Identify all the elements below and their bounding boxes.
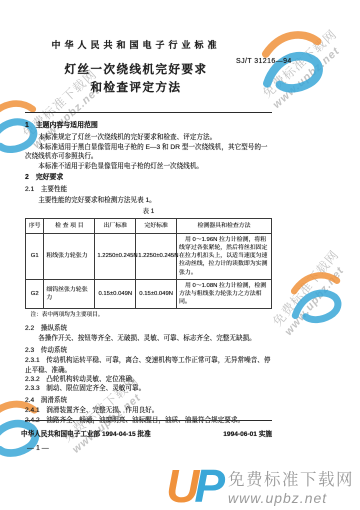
footer-divider <box>25 420 272 421</box>
header-divider <box>25 112 272 113</box>
watermark-text: 免费标准下载网 www.upbz.net <box>258 25 349 111</box>
up-logo-icon: UP <box>166 466 220 506</box>
table-caption: 表 1 <box>25 207 272 216</box>
scanned-standard-page: 免费标准下载网 www.upbz.net 免费标准下载网 www.upbz.ne… <box>0 0 360 510</box>
watermark-site-name: 免费标准下载网 <box>268 246 343 330</box>
site-logo-text: 免费标准下载网 www.upbz.net <box>228 466 354 506</box>
logo-letter-p: P <box>194 460 220 510</box>
cell-method: 用 0～1.08N 拉力计检测，检测方法与粗线张力轮张力之方法相同。 <box>177 279 272 309</box>
watermark-text: 免费标准下载网 www.upbz.net <box>268 246 353 338</box>
section-heading-2-3: 2.3 传动系统 <box>25 346 272 355</box>
cell-item: 粗线张力轮张力 <box>44 233 95 279</box>
cell-factory-std: 0.15±0.049N <box>95 279 136 309</box>
footer-row: 中华人民共和国电子工业部 1994-04-15 批准 1994-06-01 实施 <box>21 428 272 438</box>
col-header-intact-std: 完好标准 <box>136 218 177 233</box>
paragraph: 各操作开关、按钮等齐全、无破损、灵敏、可靠、标志齐全、完整无缺损。 <box>25 334 272 343</box>
cell-seq: G2 <box>26 279 44 309</box>
cell-method: 用 0～1.96N 拉力计检测，将粗线穿过各张紧轮，然后将丝扣固定在拉力机扣头上… <box>177 233 272 279</box>
watermark-site-url: www.upbz.net <box>271 39 349 111</box>
col-header-item: 检 查 项 目 <box>44 218 95 233</box>
clause-2-3-3: 2.3.3 制动、限位固定齐全、灵敏可靠。 <box>25 384 272 393</box>
table-row: G1 粗线张力轮张力 1.2250±0.245N 1.2250±0.245N 用… <box>26 233 272 279</box>
section-heading-2-2: 2.2 操纵系统 <box>25 324 272 333</box>
section-heading-2-4: 2.4 润滑系统 <box>25 396 272 405</box>
watermark-site-url: www.upbz.net <box>283 258 353 338</box>
paragraph: 本标准不适用于彩色显像管用电子枪的灯丝一次绕线机。 <box>25 162 272 171</box>
upz-logo-icon <box>286 268 344 326</box>
col-header-seq: 序号 <box>26 218 44 233</box>
cell-item: 细钨丝张力轮张力 <box>44 279 95 309</box>
site-name: 免费标准下载网 <box>228 466 354 490</box>
table-row: G2 细钨丝张力轮张力 0.15±0.049N 0.15±0.049N 用 0～… <box>26 279 272 309</box>
cell-intact-std: 0.15±0.049N <box>136 279 177 309</box>
footer-approval: 中华人民共和国电子工业部 1994-04-15 批准 <box>21 428 151 438</box>
site-url: www.upbz.net <box>228 490 354 506</box>
method-text: 用 0～1.96N 拉力计检测，将粗线穿过各张紧轮，然后将丝扣固定在拉力机扣头上… <box>179 236 269 277</box>
clause-2-3-1: 2.3.1 传动机构运转平稳、可靠，离合、变速机构等工作正常可靠，无异常噪音、停… <box>25 356 272 375</box>
col-header-factory-std: 出厂标准 <box>95 218 136 233</box>
document-title-line1: 灯丝一次绕线机完好要求 <box>25 61 247 77</box>
cell-seq: G1 <box>26 233 44 279</box>
paragraph: 主要性能的完好要求和检测方法见表 1。 <box>25 196 272 205</box>
document-title-line2: 和检查评定方法 <box>25 79 247 95</box>
col-header-method: 检测器具和检查方法 <box>177 218 272 233</box>
section-heading-1: 1 主题内容与适用范围 <box>25 121 272 130</box>
cell-intact-std: 1.2250±0.245N <box>136 233 177 279</box>
footer-implementation: 1994-06-01 实施 <box>223 428 272 438</box>
section-heading-2: 2 完好要求 <box>25 173 272 182</box>
standard-body-line: 中华人民共和国电子行业标准 <box>25 38 247 51</box>
document-body: 1 主题内容与适用范围 本标准规定了灯丝一次绕线机的完好要求和检查、评定方法。 … <box>25 119 272 425</box>
clause-2-3-2: 2.3.2 凸轮机构转动灵敏、定位准确。 <box>25 375 272 384</box>
paragraph: 本标准适用于黑白显像管用电子枪的 E—3 和 DR 型一次绕线机，其它型号的一次… <box>25 143 272 162</box>
section-heading-2-1: 2.1 主要性能 <box>25 185 272 194</box>
table-header-row: 序号 检 查 项 目 出厂标准 完好标准 检测器具和检查方法 <box>26 218 272 233</box>
spec-table: 序号 检 查 项 目 出厂标准 完好标准 检测器具和检查方法 G1 粗线张力轮张… <box>25 218 272 310</box>
paragraph: 本标准规定了灯丝一次绕线机的完好要求和检查、评定方法。 <box>25 133 272 142</box>
site-logo: UP 免费标准下载网 www.upbz.net <box>166 466 354 506</box>
logo-letter-u: U <box>166 460 194 510</box>
page-number: — 1 — <box>27 445 49 452</box>
clause-2-4-1: 2.4.1 润滑装置齐全、完整无损、作用良好。 <box>25 406 272 415</box>
table-note: 注：表中两项均为主要项目。 <box>25 311 272 320</box>
method-text: 用 0～1.08N 拉力计检测，检测方法与粗线张力轮张力之方法相同。 <box>179 282 269 307</box>
cell-factory-std: 1.2250±0.245N <box>95 233 136 279</box>
